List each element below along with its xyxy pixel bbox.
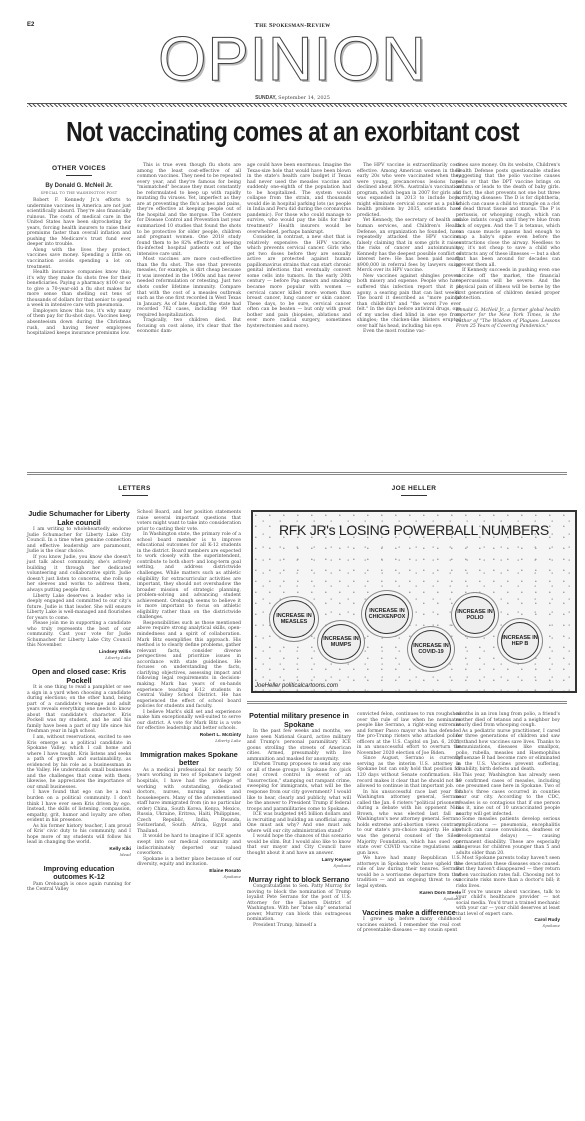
letter-headline: Improving education outcomes K-12 xyxy=(27,865,131,882)
virus-ball-measles-icon: INCREASE IN MEASLES xyxy=(273,600,315,638)
cartoon-divider xyxy=(247,701,567,704)
virus-ball-chickenpox-icon: INCREASE IN CHICKENPOX xyxy=(365,594,409,634)
paragraph: This is true even though flu shots are a… xyxy=(137,163,241,257)
letters-col-5: months in an iron lung from polio, a fri… xyxy=(456,712,560,936)
paragraph: We have had many Republican U.S. attorne… xyxy=(357,856,461,889)
letter-text: I am writing to wholeheartedly endorse J… xyxy=(27,527,131,649)
paragraph: If you know Judie, you know she doesn't … xyxy=(27,555,131,594)
paragraph: I have found that ego can be a real burd… xyxy=(27,790,131,823)
paragraph: The HPV vaccine is extraordinarily cost-… xyxy=(357,163,461,218)
ball-label: INCREASE IN HEP B xyxy=(502,635,538,647)
letter-location: Liberty Lake xyxy=(27,655,131,660)
letter-text: I grew up before many childhood vaccines… xyxy=(357,917,461,934)
paragraph: If you're unsure about vaccines, talk to… xyxy=(456,890,560,918)
letter-headline: Open and closed case: Kris Pockell xyxy=(27,668,131,685)
ball-label: INCREASE IN MUMPS xyxy=(322,636,360,648)
paragraph: age could have been enormous. Imagine th… xyxy=(247,163,351,235)
letter-text: Congratulations to Sen. Patty Murray for… xyxy=(247,884,351,928)
paragraph: Robert F. Kennedy Jr.'s efforts to under… xyxy=(27,198,131,248)
virus-ball-hepb-icon: INCREASE IN HEP B xyxy=(501,622,539,660)
letter-headline: Potential military presence in Spokane xyxy=(247,712,351,729)
paragraph: New vaccines against shingles prevent bo… xyxy=(357,274,461,329)
paragraph: I am, without reservations, excited to s… xyxy=(27,735,131,790)
letters-kicker-block: LETTERS xyxy=(27,485,242,496)
byline-affiliation: SPECIAL TO THE WASHINGTON POST xyxy=(27,191,131,195)
cartoon-kicker-block: JOE HELLER xyxy=(251,485,577,496)
letter-location: Liberty Lake xyxy=(137,738,241,743)
ball-label: INCREASE IN COVID-19 xyxy=(412,643,450,655)
letter-location: Spokane xyxy=(137,874,241,879)
paragraph: Congratulations to Sen. Patty Murray for… xyxy=(247,884,351,923)
paragraph: It is one thing to read a pamphlet or se… xyxy=(27,685,131,735)
paragraph: As his former history teacher, I am prou… xyxy=(27,824,131,846)
letters-col-2: School Board, and her position statement… xyxy=(137,510,241,887)
letters-col-4: convicted felon, continues to run roughs… xyxy=(357,712,461,934)
section-title: OPINION xyxy=(0,28,585,92)
letters-col-3: Potential military presence in Spokane I… xyxy=(247,712,351,928)
editorial-cartoon: RFK JR's LOSING POWERBALL NUMBERS INCREA… xyxy=(251,510,577,693)
letter-headline: Vaccines make a difference xyxy=(357,909,461,918)
paragraph: I am writing to wholeheartedly endorse J… xyxy=(27,527,131,555)
paragraph: Consider, in contrast, a new shot that i… xyxy=(247,235,351,329)
paragraph: Most vaccines are more cost-effective th… xyxy=(137,257,241,318)
paragraph: As a medical professional for nearly 50 … xyxy=(137,768,241,835)
editorial-col-5: cines save money. On its website, Childr… xyxy=(456,163,560,330)
paragraph: Yet Kennedy, the secretary of health and… xyxy=(357,218,461,273)
editorial-col-1: OTHER VOICES By Donald G. McNeil Jr. SPE… xyxy=(27,165,131,337)
kicker-letters: LETTERS xyxy=(27,485,242,492)
paragraph: Most Spokane parents today haven't seen … xyxy=(456,856,560,889)
date-day: SUNDAY, xyxy=(255,95,277,101)
paragraph: Please join me in supporting a candidate… xyxy=(27,621,131,649)
ball-label: INCREASE IN POLIO xyxy=(456,609,494,621)
editorial-text: Robert F. Kennedy Jr.'s efforts to under… xyxy=(27,198,131,337)
kicker-cartoonist: JOE HELLER xyxy=(251,485,577,492)
header-divider xyxy=(27,103,567,107)
date-rest: September 14, 2025 xyxy=(277,95,330,101)
paragraph: Pam Orebaugh is once again running for t… xyxy=(27,882,131,893)
paragraph: In the past few weeks and months, we hav… xyxy=(247,729,351,762)
paragraph: Health insurance companies know this; it… xyxy=(27,270,131,309)
paragraph: months in an iron lung from polio, a fri… xyxy=(456,712,560,729)
letter-text: It is one thing to read a pamphlet or se… xyxy=(27,685,131,846)
letter-location: Spokane xyxy=(357,896,461,901)
letter-text: In the past few weeks and months, we hav… xyxy=(247,729,351,857)
paragraph: If/when Trump proposes to send any one o… xyxy=(247,762,351,812)
paragraph: Since August, Serrano is currently servi… xyxy=(357,756,461,789)
paragraph: Some measles patients develop serious co… xyxy=(456,817,560,856)
paragraph: This year, Washington has already seen 1… xyxy=(456,773,560,817)
dateline: SUNDAY, September 14, 2025 xyxy=(0,95,585,101)
letter-headline: Judie Schumacher for Liberty Lake counci… xyxy=(27,510,131,527)
paragraph: It would be hard to imagine if ICE agent… xyxy=(137,834,241,856)
paragraph: In Washington state, the primary role of… xyxy=(137,532,241,621)
paragraph: convicted felon, continues to run roughs… xyxy=(357,712,461,756)
kicker-rule xyxy=(66,175,92,176)
letter-text: School Board, and her position statement… xyxy=(137,510,241,732)
letter-text: Pam Orebaugh is once again running for t… xyxy=(27,882,131,893)
letter-location: Mead xyxy=(27,852,131,857)
paragraph: Spokane is a better place because of our… xyxy=(137,857,241,868)
paragraph: Along with the lives they protect, vacci… xyxy=(27,248,131,270)
paragraph: Liberty Lake deserves a leader who is de… xyxy=(27,594,131,622)
letter-location: Spokane xyxy=(456,923,560,928)
letter-headline: Immigration makes Spokane better xyxy=(137,751,241,768)
virus-ball-mumps-icon: INCREASE IN MUMPS xyxy=(321,624,361,660)
section-divider xyxy=(27,472,567,475)
paragraph: I grew up before many childhood vaccines… xyxy=(357,917,461,934)
editorial-col-4: The HPV vaccine is extraordinarily cost-… xyxy=(357,163,461,335)
paragraph: If Kennedy succeeds in pushing even one … xyxy=(456,268,560,301)
paragraph: Tragically, two children died. But focus… xyxy=(137,318,241,335)
letter-location: Spokane xyxy=(247,863,351,868)
paragraph: I believe Mark's skill set and experienc… xyxy=(137,710,241,732)
editorial-headline: Not vaccinating comes at an exorbitant c… xyxy=(53,116,533,148)
virus-ball-covid-icon: INCREASE IN COVID-19 xyxy=(411,630,451,668)
letter-headline: Murray right to block Serrano xyxy=(247,876,351,885)
paragraph: As a pediatric nurse practitioner, I car… xyxy=(456,729,560,773)
byline: By Donald G. McNeil Jr. xyxy=(27,183,131,189)
ball-label: INCREASE IN CHICKENPOX xyxy=(366,608,408,620)
paragraph: Employers know this too, it's why many o… xyxy=(27,309,131,337)
editorial-col-3: age could have been enormous. Imagine th… xyxy=(247,163,351,329)
editorial-col-2: This is true even though flu shots are a… xyxy=(137,163,241,335)
kicker-rule xyxy=(401,495,427,496)
letter-text: convicted felon, continues to run roughs… xyxy=(357,712,461,890)
cartoon-signature: JoeHeller politicalcartoons.com xyxy=(255,683,338,689)
virus-ball-polio-icon: INCREASE IN POLIO xyxy=(455,596,495,634)
paragraph: Even the most routine vac- xyxy=(357,329,461,335)
letter-text: months in an iron lung from polio, a fri… xyxy=(456,712,560,917)
paragraph: School Board, and her position statement… xyxy=(137,510,241,532)
paragraph: Responsibilities such as those mentioned… xyxy=(137,621,241,710)
paragraph: President Trump, himself a xyxy=(247,923,351,929)
kicker-rule xyxy=(122,495,148,496)
kicker-other-voices: OTHER VOICES xyxy=(27,165,131,172)
letter-text: As a medical professional for nearly 50 … xyxy=(137,768,241,868)
author-bio: Donald G. McNeil Jr., a former global he… xyxy=(456,308,560,330)
paragraph: In his unsuccessful race last year for W… xyxy=(357,790,461,857)
letters-col-1: Judie Schumacher for Liberty Lake counci… xyxy=(27,510,131,893)
cartoon-title: RFK JR's LOSING POWERBALL NUMBERS xyxy=(253,522,575,538)
paragraph: I would hope the chances of this scenari… xyxy=(247,834,351,856)
paragraph: ICE was budgeted $45 billion dollars and… xyxy=(247,812,351,834)
ball-label: INCREASE IN MEASLES xyxy=(274,613,314,625)
paragraph: cines save money. On its website, Childr… xyxy=(456,163,560,268)
